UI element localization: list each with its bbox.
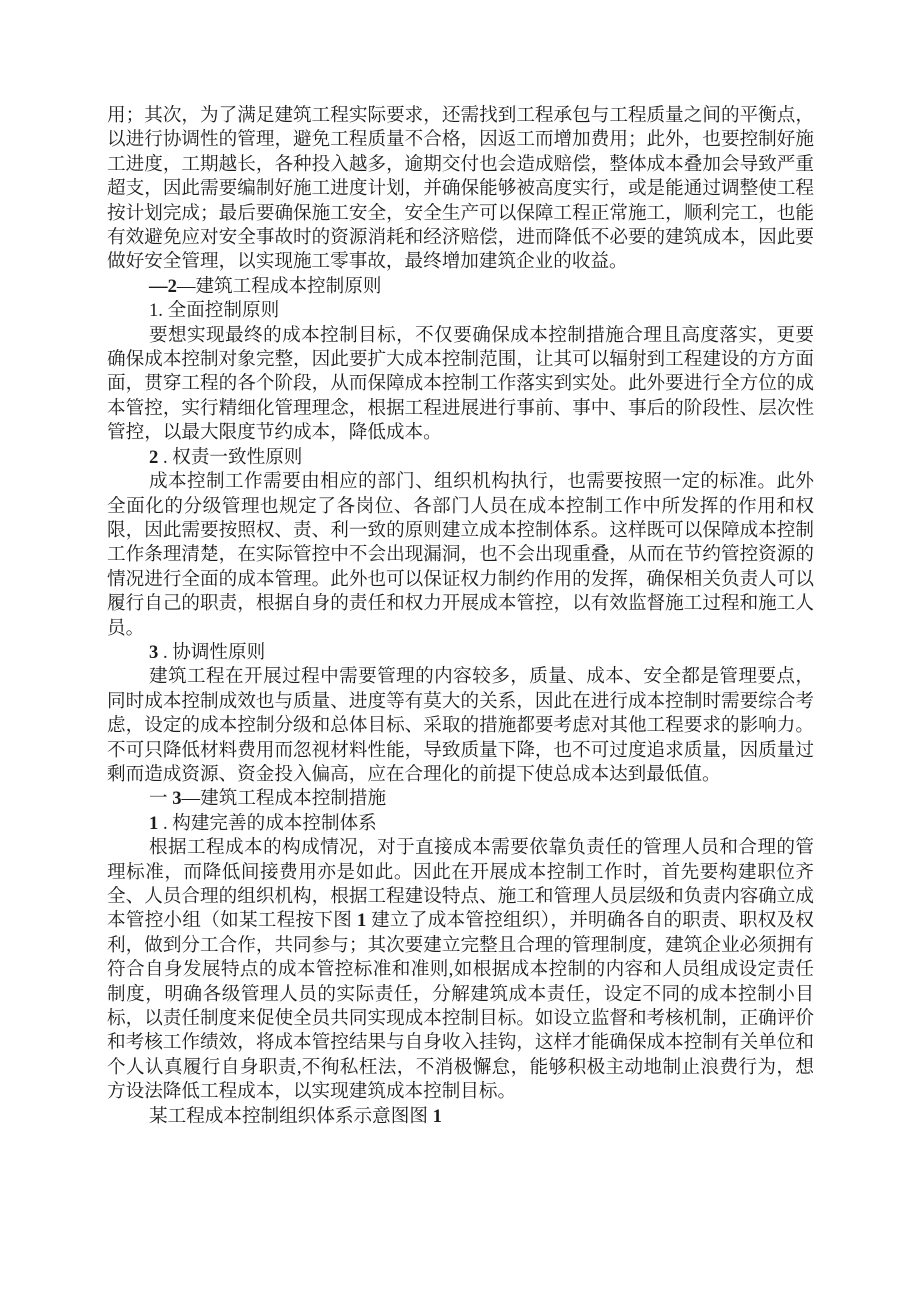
heading-principle-3: 3 . 协调性原则 <box>107 641 814 665</box>
heading-principle-2-text: 2 <box>149 447 158 468</box>
document-text-block: 用；其次，为了满足建筑工程实际要求，还需找到工程承包与工程质量之间的平衡点，以进… <box>107 104 814 1129</box>
heading-measure-1: 1 . 构建完善的成本控制体系 <box>107 812 814 836</box>
heading-section-2-text: —建筑工程成本控制原则 <box>177 276 382 297</box>
paragraph-principle-1: 要想实现最终的成本控制目标，不仅要确保成本控制措施合理且高度落实，更要确保成本控… <box>107 324 814 446</box>
heading-principle-1-text: 1. 全面控制原则 <box>149 300 279 321</box>
paragraph-principle-3: 建筑工程在开展过程中需要管理的内容较多，质量、成本、安全都是管理要点，同时成本控… <box>107 665 814 787</box>
heading-section-2-text: —2 <box>149 276 177 297</box>
heading-section-3-text: 3 <box>172 788 181 809</box>
heading-measure-1-text: . 构建完善的成本控制体系 <box>158 813 376 834</box>
heading-section-3: 一 3—建筑工程成本控制措施 <box>107 787 814 811</box>
heading-measure-1-text: 1 <box>149 813 158 834</box>
paragraph-measure-1: 根据工程成本的构成情况，对于直接成本需要依靠负责任的管理人员和合理的管理标准，而… <box>107 836 814 1104</box>
heading-section-3-text: —建筑工程成本控制措施 <box>182 788 387 809</box>
paragraph-principle-1-text: 要想实现最终的成本控制目标，不仅要确保成本控制措施合理且高度落实，更要确保成本控… <box>107 325 814 444</box>
heading-section-2: —2—建筑工程成本控制原则 <box>107 275 814 299</box>
paragraph-cost-overview-continued-text: 用；其次，为了满足建筑工程实际要求，还需找到工程承包与工程质量之间的平衡点，以进… <box>107 105 814 272</box>
caption-figure-1: 某工程成本控制组织体系示意图图 1 <box>107 1105 814 1129</box>
heading-principle-3-text: . 协调性原则 <box>158 642 265 663</box>
caption-figure-1-text: 1 <box>433 1106 442 1127</box>
heading-principle-2-text: . 权责一致性原则 <box>158 447 302 468</box>
heading-principle-2: 2 . 权责一致性原则 <box>107 446 814 470</box>
paragraph-measure-1-text: 1 <box>352 910 371 931</box>
paragraph-principle-3-text: 建筑工程在开展过程中需要管理的内容较多，质量、成本、安全都是管理要点，同时成本控… <box>107 666 814 785</box>
caption-figure-1-text: 某工程成本控制组织体系示意图图 <box>149 1106 433 1127</box>
paragraph-principle-2: 成本控制工作需要由相应的部门、组织机构执行，也需要按照一定的标准。此外全面化的分… <box>107 470 814 641</box>
heading-section-3-text: 一 <box>149 788 172 809</box>
heading-principle-3-text: 3 <box>149 642 158 663</box>
document-page: 用；其次，为了满足建筑工程实际要求，还需找到工程承包与工程质量之间的平衡点，以进… <box>0 0 920 1301</box>
paragraph-principle-2-text: 成本控制工作需要由相应的部门、组织机构执行，也需要按照一定的标准。此外全面化的分… <box>107 471 814 638</box>
heading-principle-1: 1. 全面控制原则 <box>107 299 814 323</box>
paragraph-measure-1-text: 建立了成本管控组织），并明确各自的职责、职权及权利，做到分工合作，共同参与；其次… <box>107 910 814 1102</box>
paragraph-cost-overview-continued: 用；其次，为了满足建筑工程实际要求，还需找到工程承包与工程质量之间的平衡点，以进… <box>107 104 814 275</box>
